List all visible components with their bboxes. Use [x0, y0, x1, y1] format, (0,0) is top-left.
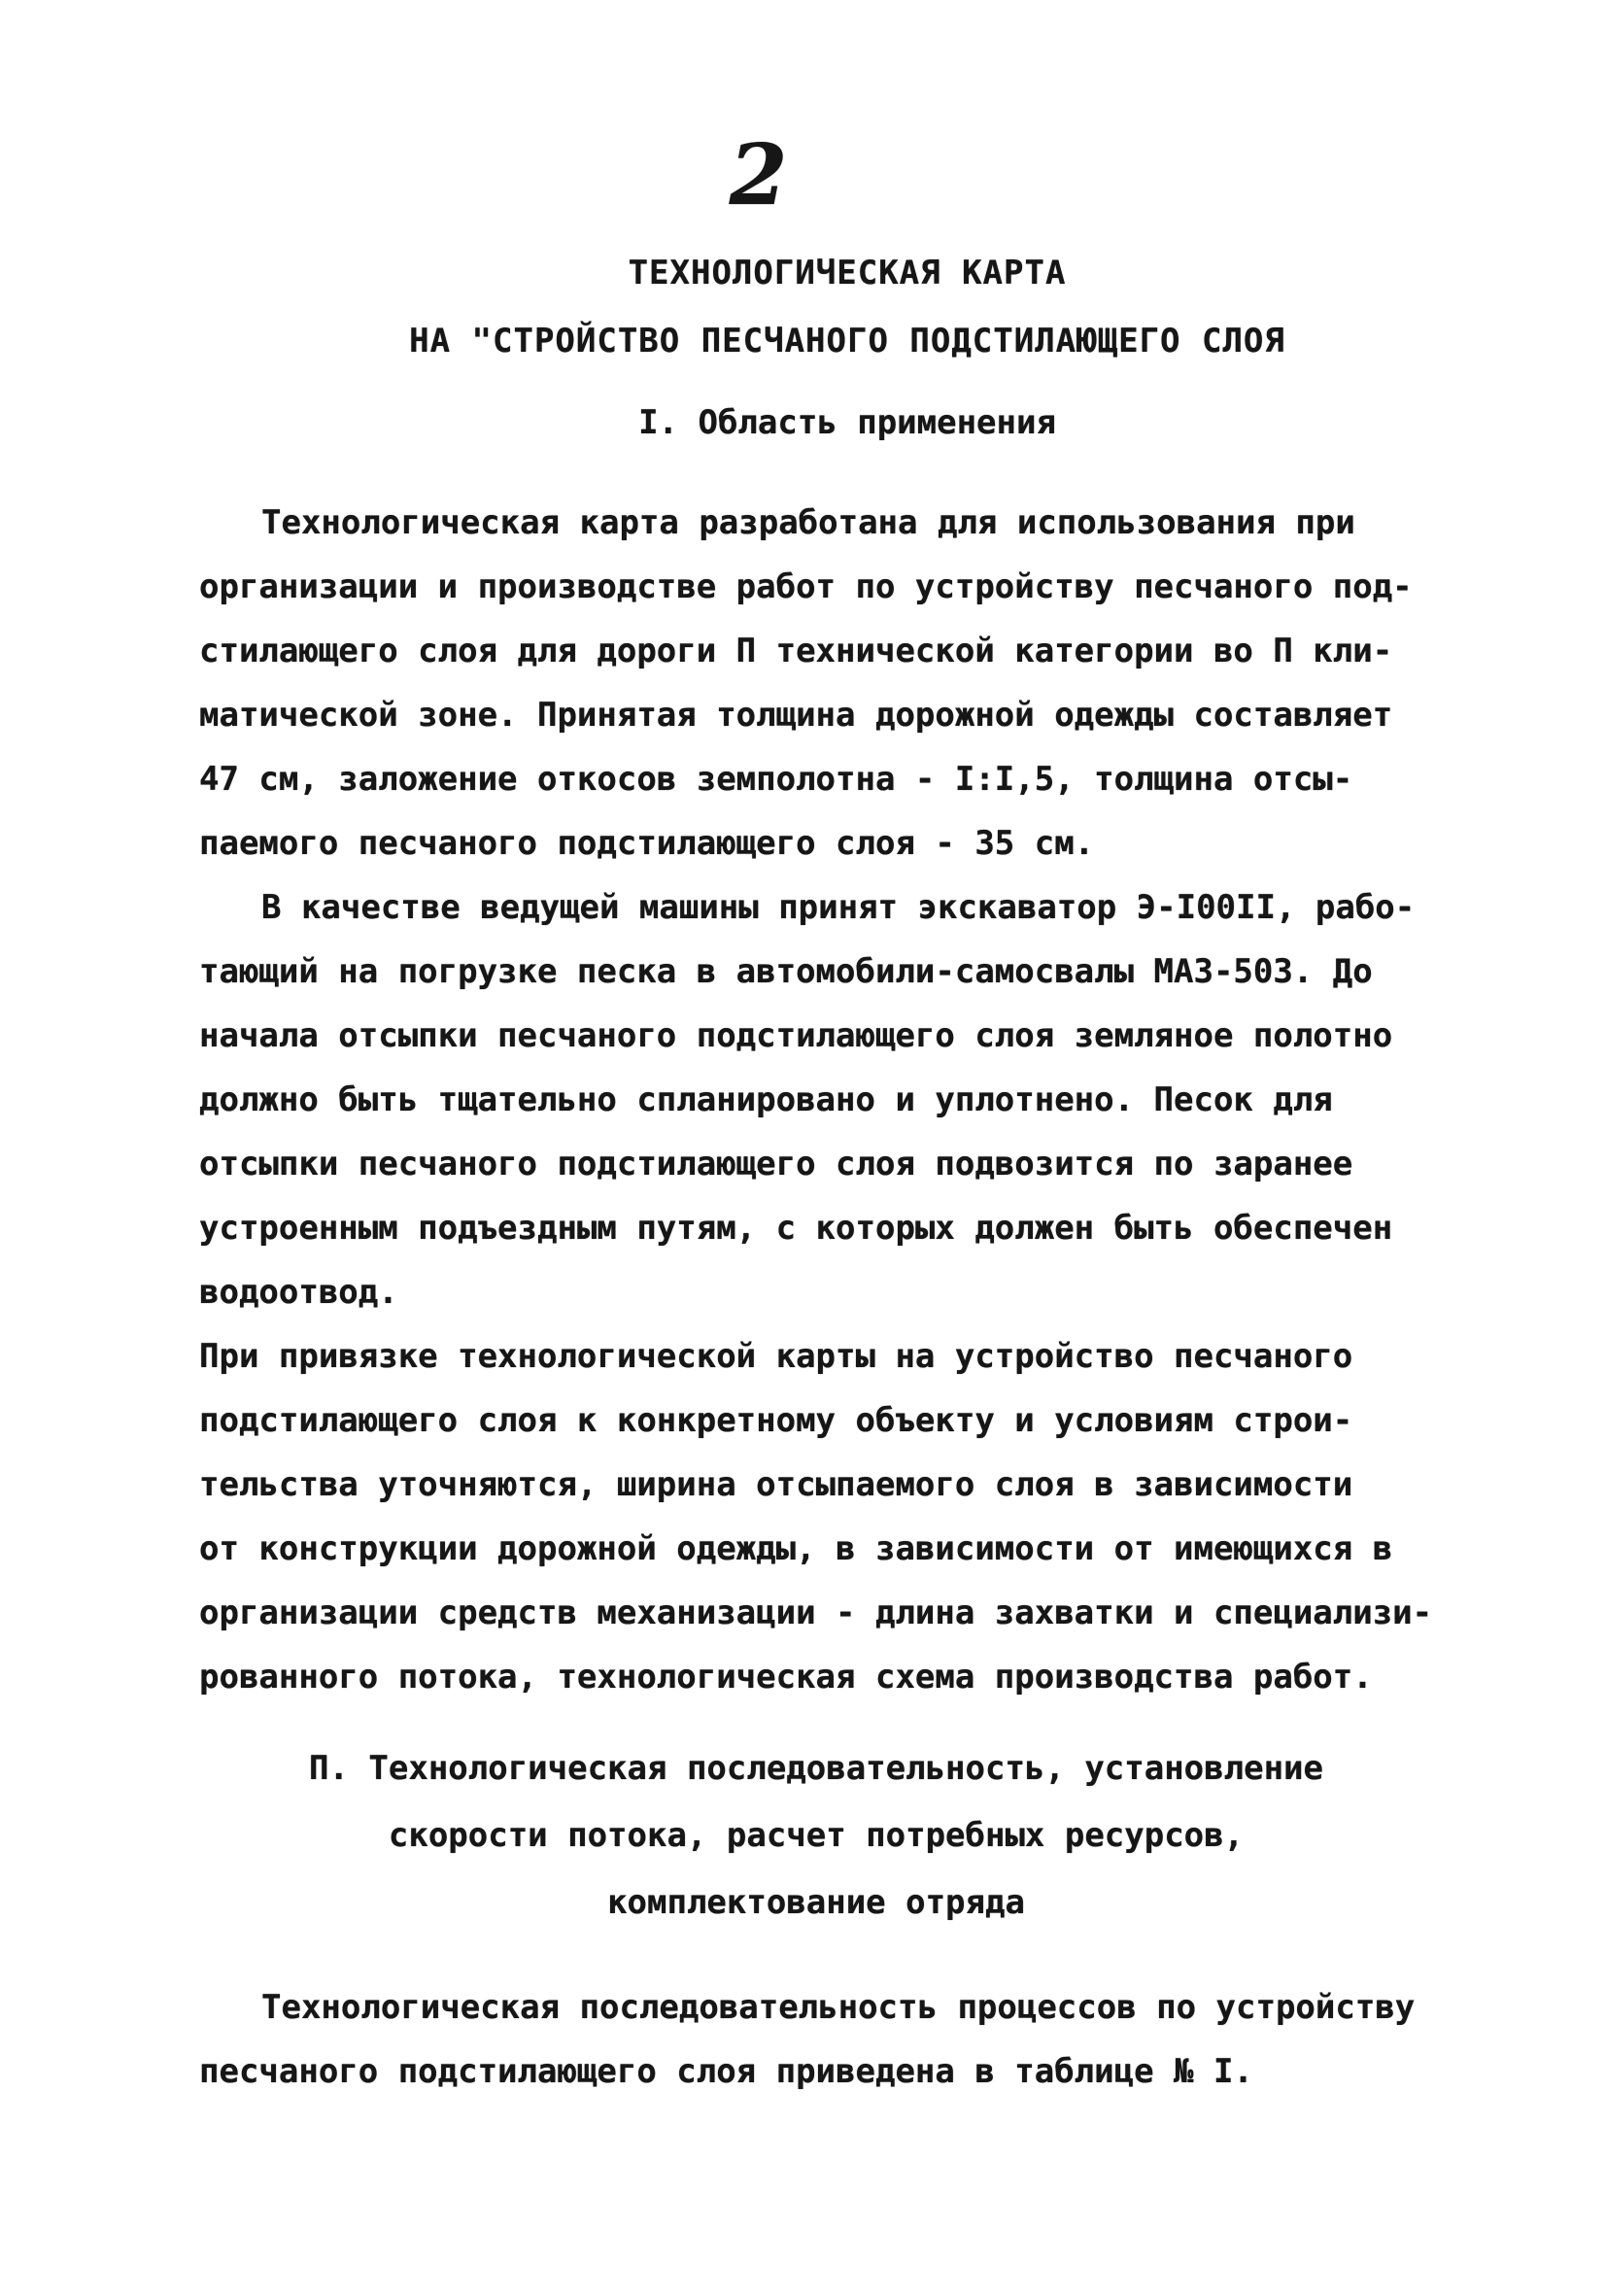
text-line: песчаного подстилающего слоя приведена в… — [199, 2039, 1452, 2104]
text-line: 47 см, заложение откосов земполотна - I:… — [199, 747, 1452, 811]
text-line: матической зоне. Принятая толщина дорожн… — [199, 683, 1452, 747]
text-line: начала отсыпки песчаного подстилающего с… — [199, 1004, 1452, 1068]
text-line: Технологическая последовательность проце… — [199, 1975, 1452, 2039]
document-page: 2 ТЕХНОЛОГИЧЕСКАЯ КАРТА НА "СТРОЙСТВО ПЕ… — [0, 0, 1606, 2296]
text-line: рованного потока, технологическая схема … — [199, 1645, 1452, 1709]
section-2-heading-line: комплектование отряда — [199, 1869, 1433, 1936]
text-line: организации средств механизации - длина … — [199, 1581, 1452, 1645]
document-title-line-1: ТЕХНОЛОГИЧЕСКАЯ КАРТА — [230, 239, 1464, 307]
section-2-heading-line: П. Технологическая последовательность, у… — [199, 1735, 1433, 1802]
document-title: ТЕХНОЛОГИЧЕСКАЯ КАРТА НА "СТРОЙСТВО ПЕСЧ… — [230, 239, 1464, 375]
section-2-heading: П. Технологическая последовательность, у… — [199, 1735, 1433, 1936]
text-line: устроенным подъездным путям, с которых д… — [199, 1196, 1452, 1260]
text-line: При привязке технологической карты на ус… — [199, 1324, 1452, 1388]
text-line: тельства уточняются, ширина отсыпаемого … — [199, 1453, 1452, 1517]
section-1-body: Технологическая карта разработана для ис… — [199, 491, 1452, 1709]
text-line: отсыпки песчаного подстилающего слоя под… — [199, 1132, 1452, 1196]
text-line: организации и производстве работ по устр… — [199, 555, 1452, 619]
document-title-line-2: НА "СТРОЙСТВО ПЕСЧАНОГО ПОДСТИЛАЮЩЕГО СЛ… — [230, 307, 1464, 375]
text-line: В качестве ведущей машины принят экскава… — [199, 875, 1452, 940]
page-number: 2 — [0, 134, 1561, 218]
text-line: должно быть тщательно спланировано и упл… — [199, 1068, 1452, 1132]
text-line: Технологическая карта разработана для ис… — [199, 491, 1452, 555]
text-line: водоотвод. — [199, 1260, 1452, 1324]
text-line: тающий на погрузке песка в автомобили-са… — [199, 940, 1452, 1004]
section-1-heading: I. Область применения — [230, 393, 1464, 453]
text-line: паемого песчаного подстилающего слоя - 3… — [199, 811, 1452, 875]
section-2-heading-line: скорости потока, расчет потребных ресурс… — [199, 1802, 1433, 1869]
section-2-body: Технологическая последовательность проце… — [199, 1975, 1452, 2104]
text-line: стилающего слоя для дороги П технической… — [199, 619, 1452, 683]
text-line: подстилающего слоя к конкретному объекту… — [199, 1388, 1452, 1453]
text-line: от конструкции дорожной одежды, в зависи… — [199, 1517, 1452, 1581]
